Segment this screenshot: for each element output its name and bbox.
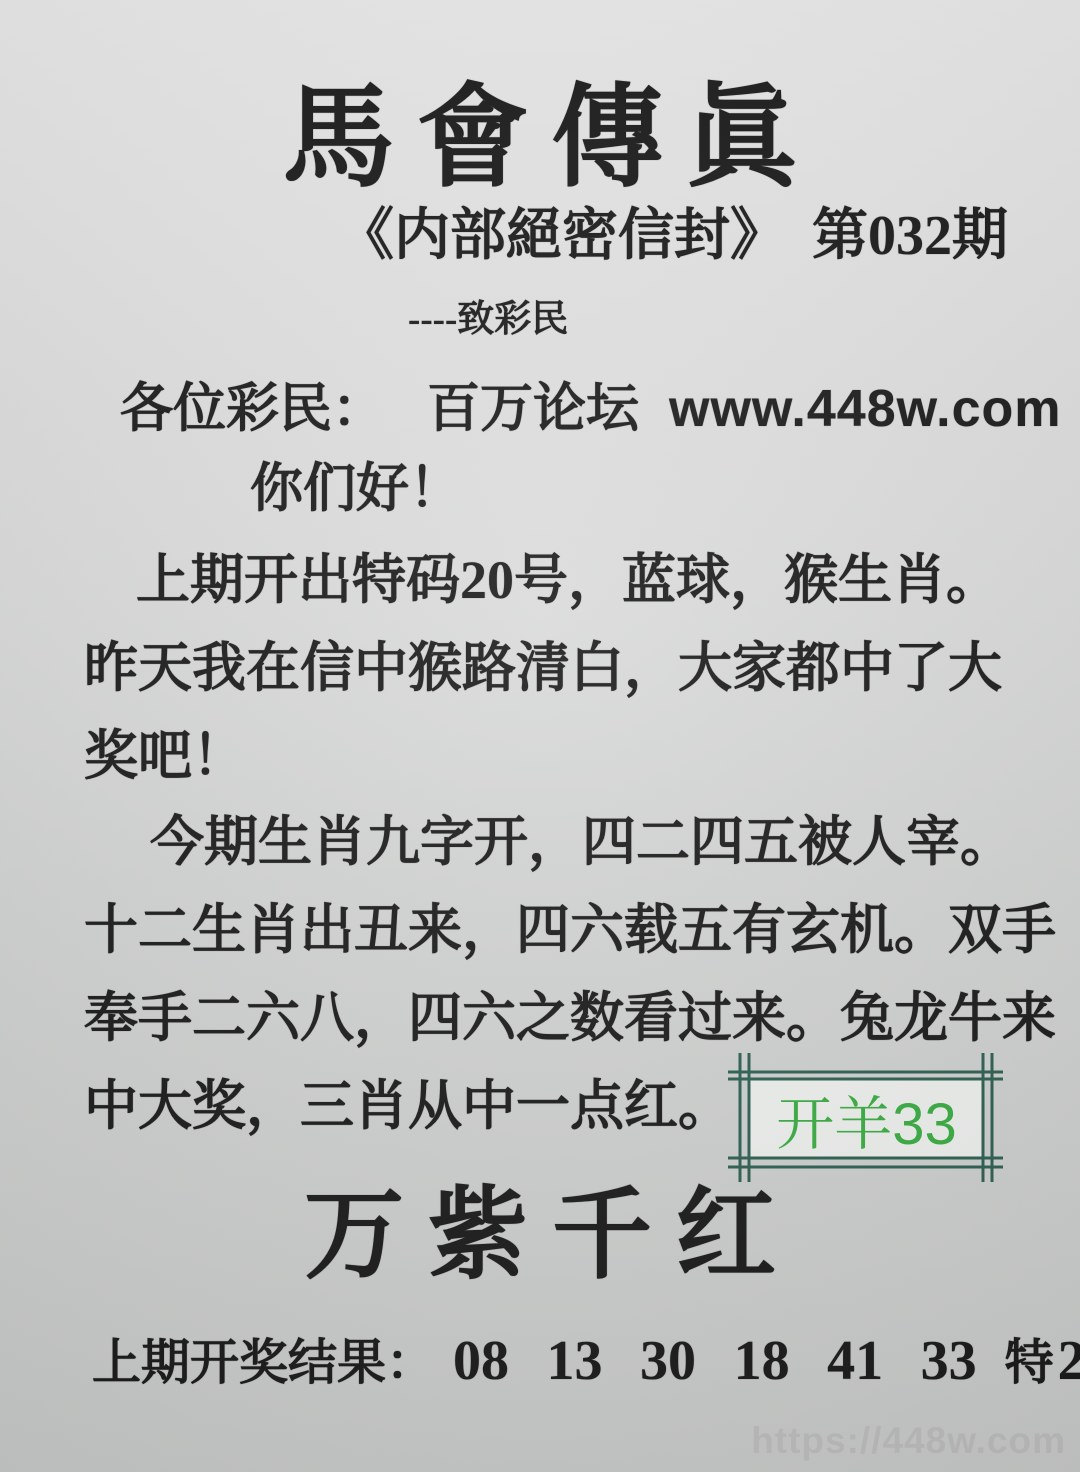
text-line: 十二生肖出丑来，四六载五有玄机。双手 [84, 886, 1076, 974]
forum-name: 百万论坛 [427, 366, 639, 442]
text-line: 上期开出特码20号，蓝球，猴生肖。 [84, 536, 1076, 624]
slogan-title: 万紫千红 [0, 1178, 1080, 1293]
salutation-row: 各位彩民： 百万论坛 www.448w.com [120, 366, 1062, 442]
results-numbers: 08 13 30 18 41 33 [453, 1329, 977, 1393]
results-label: 上期开奖结果： [92, 1324, 435, 1394]
document-scan: 馬會傳眞 《内部絕密信封》第032期 ----致彩民 各位彩民： 百万论坛 ww… [0, 0, 1080, 1472]
text-line: 昨天我在信中猴路清白，大家都中了大 [84, 624, 1076, 712]
special-number-group: 特 20 [1005, 1324, 1080, 1394]
result-overlay-box: 开羊33 [720, 1045, 1012, 1185]
subtitle-line: 《内部絕密信封》第032期 [338, 206, 1008, 268]
salutation-label: 各位彩民： [120, 366, 385, 442]
special-number: 20 [1058, 1329, 1080, 1393]
special-prefix: 特 [1005, 1324, 1054, 1394]
forum-url: www.448w.com [669, 379, 1062, 439]
previous-results-line: 上期开奖结果： 08 13 30 18 41 33 特 20 [92, 1324, 1080, 1394]
watermark-url: https://448w.com [751, 1420, 1066, 1462]
issue-number: 第032期 [812, 205, 1008, 267]
greeting-line: 你们好！ [250, 446, 462, 522]
text-line: 奖吧！ [84, 712, 1076, 800]
masthead-title: 馬會傳眞 [0, 78, 1080, 201]
result-overlay-text: 开羊33 [750, 1079, 983, 1158]
paragraph-previous-draw: 上期开出特码20号，蓝球，猴生肖。 昨天我在信中猴路清白，大家都中了大 奖吧！ [84, 536, 1076, 800]
subtitle-brackets: 《内部絕密信封》 [338, 205, 786, 267]
text-line: 今期生肖九字开，四二四五被人宰。 [84, 798, 1076, 886]
dedication-line: ----致彩民 [408, 288, 568, 342]
